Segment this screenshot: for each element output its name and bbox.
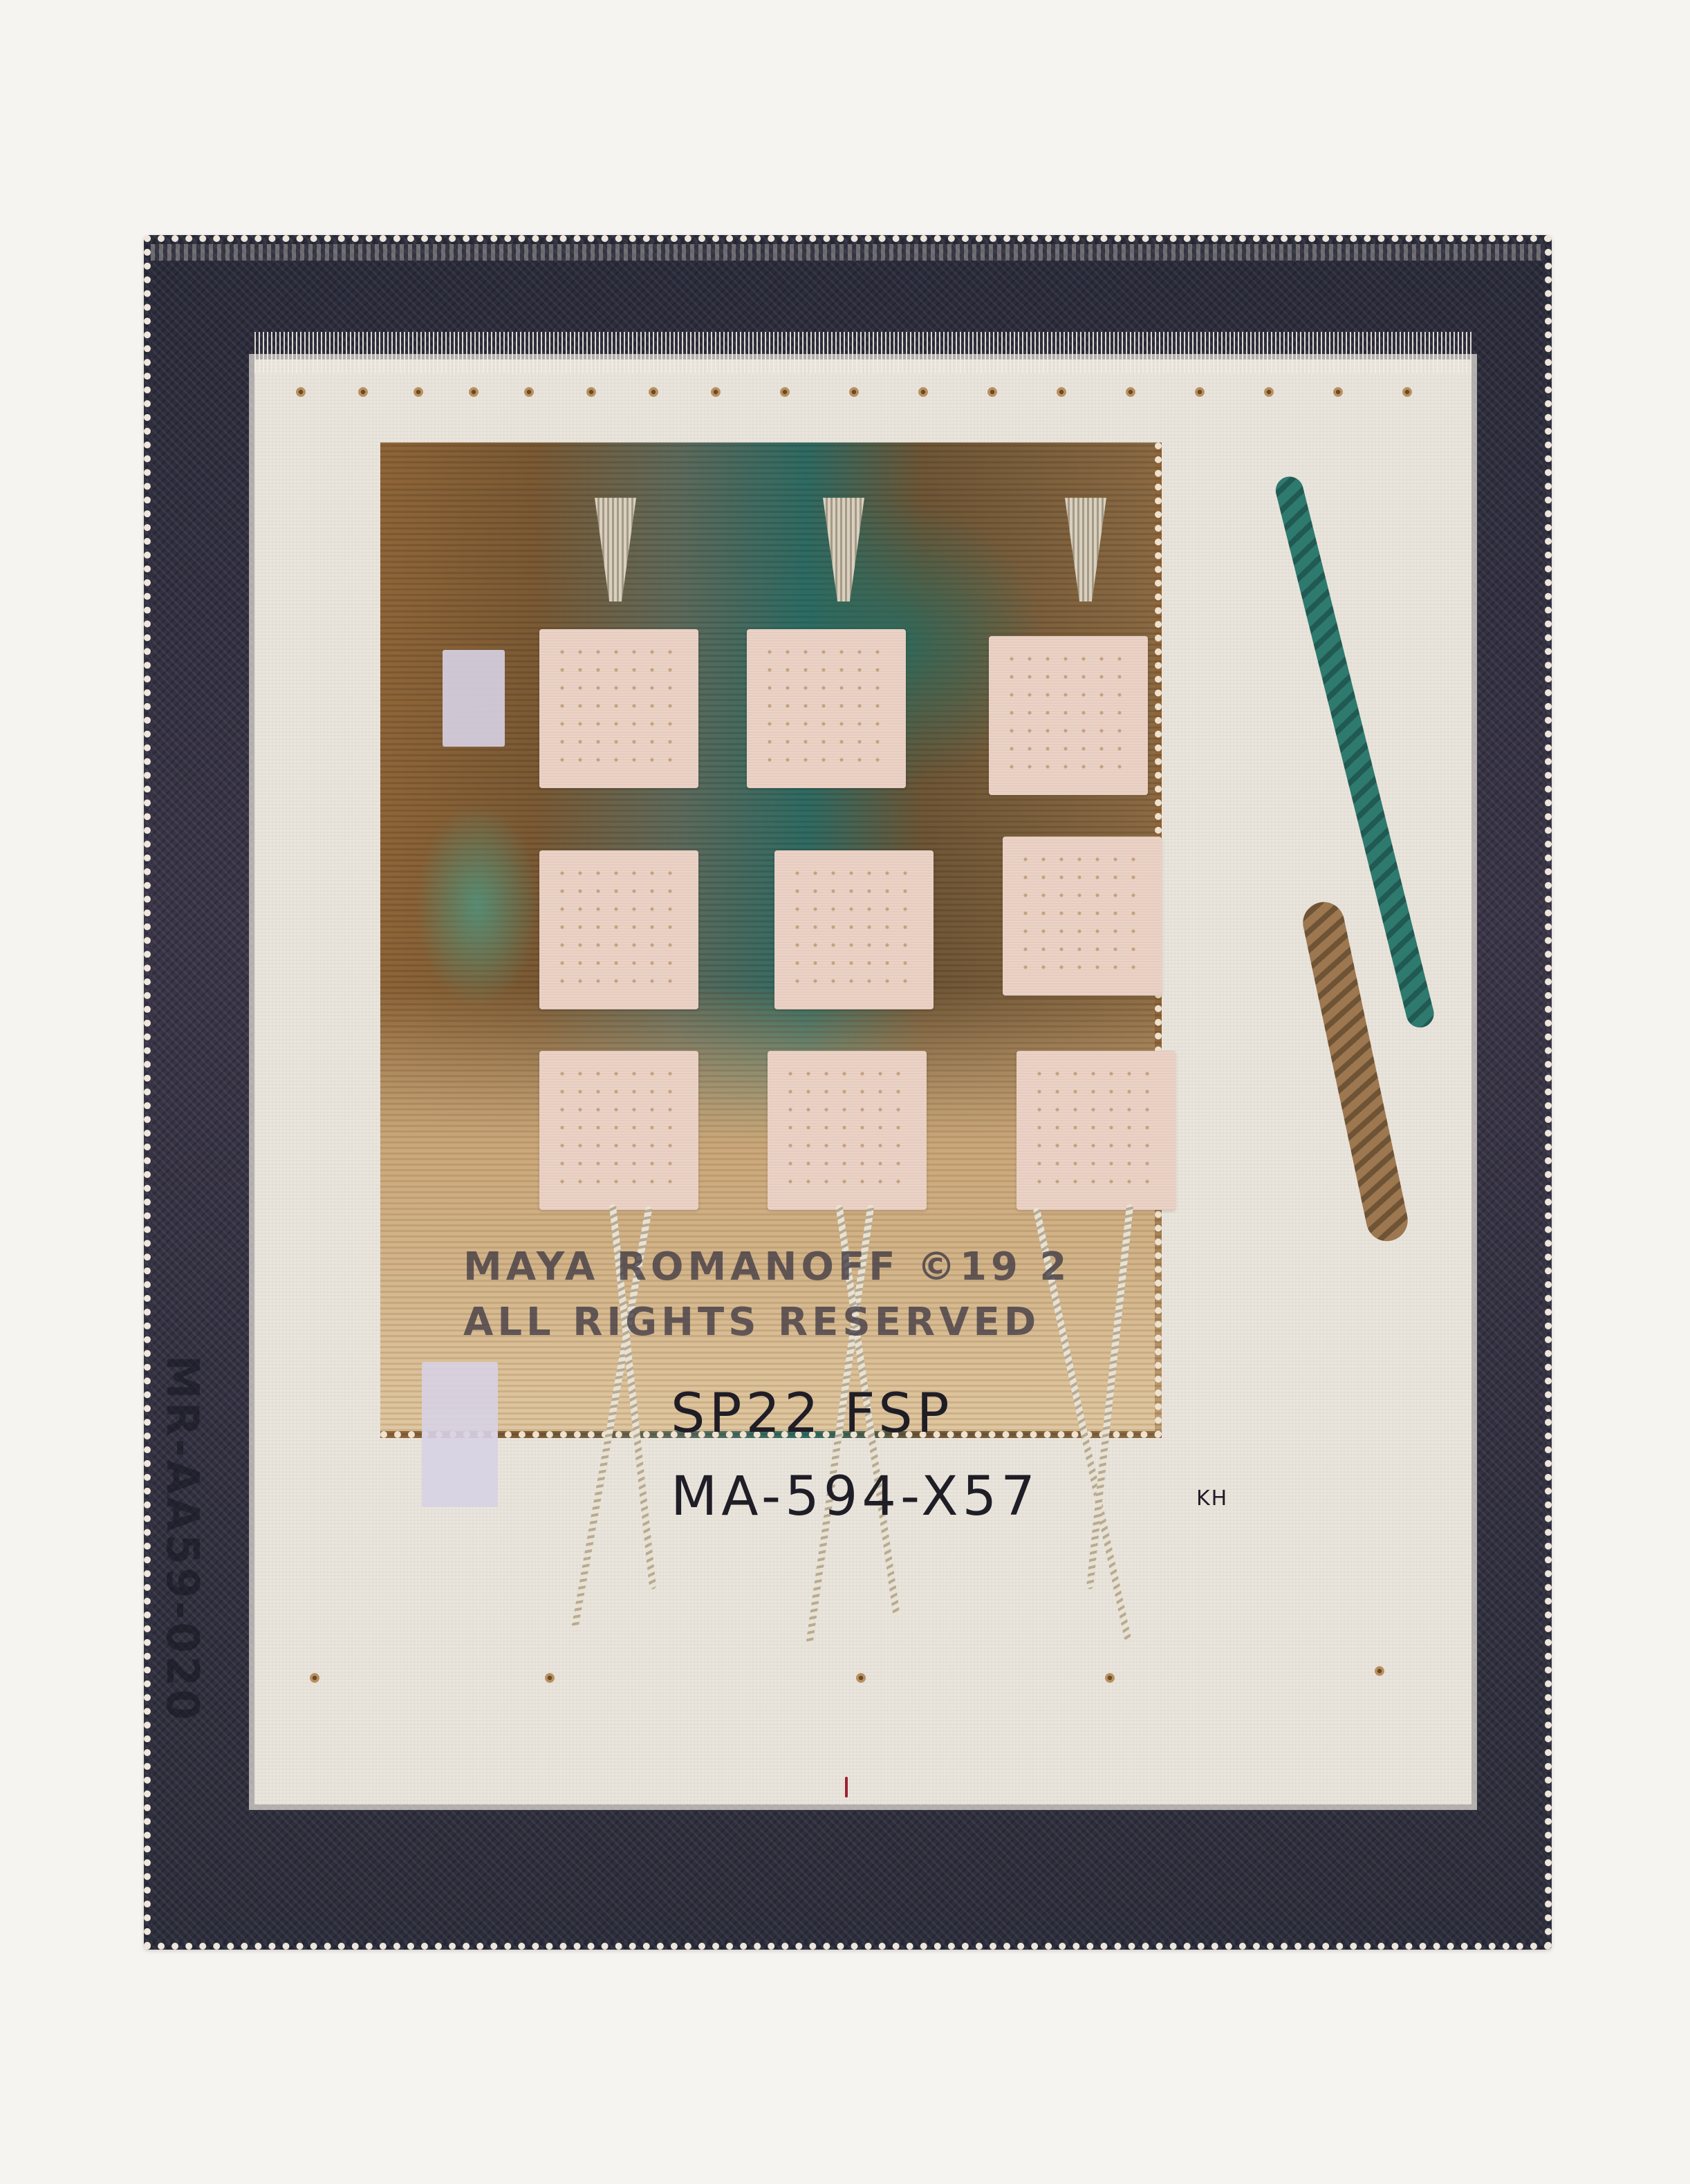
french-knot — [1375, 1666, 1384, 1676]
french-knot — [856, 1673, 866, 1683]
french-knot — [414, 387, 423, 397]
stitch-dots — [788, 864, 920, 996]
french-knot — [1402, 387, 1412, 397]
french-knot — [1126, 387, 1135, 397]
french-knot — [545, 1673, 555, 1683]
lilac-patch — [443, 650, 505, 747]
maker-inscription: MAYA ROMANOFF ©19 2 — [463, 1244, 1070, 1289]
french-knot — [310, 1673, 319, 1683]
french-knot — [358, 387, 368, 397]
fabric-square-r3c2 — [768, 1051, 927, 1210]
french-knot — [918, 387, 928, 397]
french-knot — [849, 387, 859, 397]
french-knot — [469, 387, 479, 397]
french-knot — [1333, 387, 1343, 397]
french-knot — [586, 387, 596, 397]
fabric-square-r1c3 — [989, 636, 1148, 795]
stitch-dots — [553, 643, 685, 774]
teal-dye-area — [415, 802, 539, 1009]
lilac-patch — [422, 1362, 498, 1507]
linen-fringe — [254, 332, 1471, 373]
french-knot — [1264, 387, 1274, 397]
twine-tassel — [1065, 498, 1106, 601]
red-thread — [845, 1777, 848, 1798]
artist-initials: KH — [1196, 1486, 1228, 1511]
fabric-square-r2c3 — [1003, 837, 1162, 996]
border-label: MR-AA59-020 — [156, 1355, 207, 1723]
woven-tapestry-panel: MAYA ROMANOFF ©19 2 ALL RIGHTS RESERVED … — [380, 442, 1162, 1438]
twine-tassel — [595, 498, 636, 601]
overlock-edge — [151, 244, 1545, 261]
marker-code-1: SP22 FSP — [671, 1383, 954, 1445]
fabric-square-r3c3 — [1016, 1051, 1176, 1210]
french-knot — [296, 387, 306, 397]
french-knot — [987, 387, 997, 397]
fabric-square-r1c2 — [747, 629, 906, 788]
fabric-square-r1c1 — [539, 629, 698, 788]
fabric-square-r2c1 — [539, 850, 698, 1009]
stitch-dots — [1030, 1065, 1162, 1196]
french-knot — [711, 387, 721, 397]
french-knot — [524, 387, 534, 397]
stitch-dots — [761, 643, 892, 774]
stitch-dots — [1016, 850, 1148, 982]
french-knot — [649, 387, 658, 397]
fabric-square-r3c1 — [539, 1051, 698, 1210]
french-knot — [1057, 387, 1066, 397]
stitch-dots — [1003, 650, 1134, 781]
french-knot — [1105, 1673, 1115, 1683]
french-knot — [780, 387, 790, 397]
french-knot — [1195, 387, 1205, 397]
fabric-square-r2c2 — [774, 850, 934, 1009]
rights-inscription: ALL RIGHTS RESERVED — [463, 1300, 1040, 1345]
stitch-dots — [553, 864, 685, 996]
marker-code-2: MA-594-X57 — [671, 1466, 1039, 1528]
stitch-dots — [781, 1065, 913, 1196]
stitch-dots — [553, 1065, 685, 1196]
